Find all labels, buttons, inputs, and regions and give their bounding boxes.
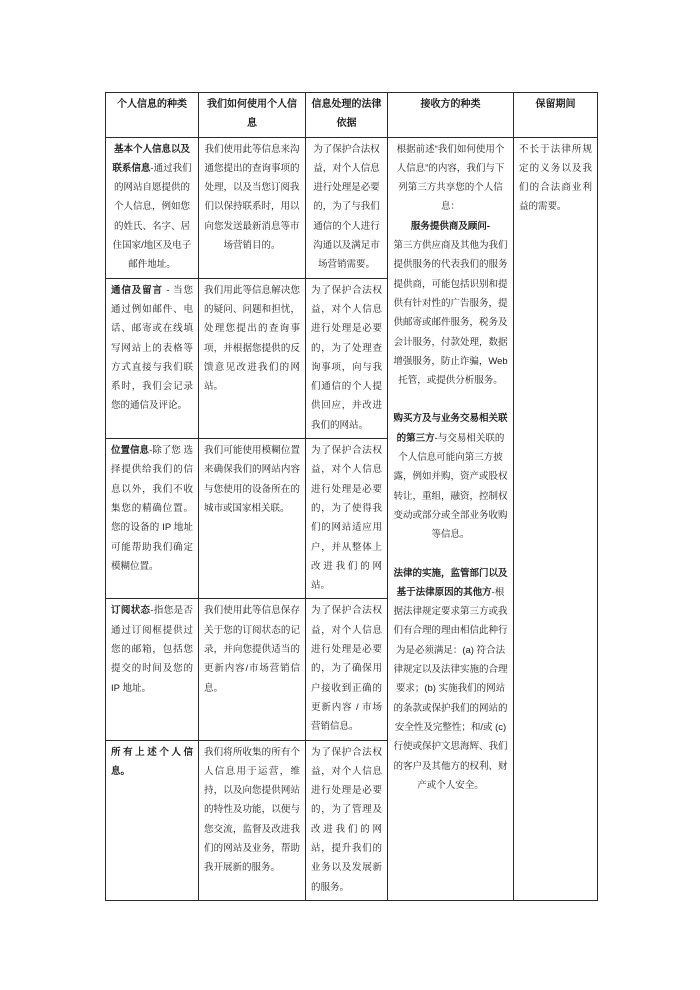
cell-type-subscription: 订阅状态-指您是否通过订阅框提供过您的邮箱，包括您提交的时间及您的 IP 地址。 [106, 599, 199, 740]
recipients-section-body: -与交易相关联的个人信息可能向第三方披露，例如并购，资产或股权转让，重组，融资，… [393, 433, 507, 540]
cell-type-all-above: 所有上述个人信息。 [106, 740, 199, 900]
col-header-info-type: 个人信息的种类 [106, 93, 199, 138]
document-page: 个人信息的种类 我们如何使用个人信息 信息处理的法律依据 接收方的种类 保留期间… [0, 0, 700, 990]
info-type-term: 订阅状态 [111, 605, 150, 616]
cell-usage-communications: 我们用此等信息解决您的疑问、问题和担忧，处理您提出的查询事项，并根据您提供的反馈… [199, 278, 306, 438]
recipients-section-body: 第三方供应商及其他为我们提供服务的代表我们的服务提供商，可能包括识别和提供有针对… [393, 240, 507, 386]
cell-usage-subscription: 我们使用此等信息保存关于您的订阅状态的记录，并向您提供适当的更新内容/市场营销信… [199, 599, 306, 740]
cell-usage-location: 我们可能使用模糊位置来确保我们的网站内容与您使用的设备所在的城市或国家相关联。 [199, 439, 306, 599]
cell-type-communications: 通信及留言 - 当您通过例如邮件、电话、邮寄或在线填写网站上的表格等方式直接与我… [106, 278, 199, 438]
info-type-description: -指您是否通过订阅框提供过您的邮箱，包括您提交的时间及您的 IP 地址。 [111, 605, 193, 693]
recipients-section-title: 服务提供商及顾问- [393, 217, 508, 236]
col-header-legal-basis: 信息处理的法律依据 [306, 93, 388, 138]
recipients-section-law-enforcement: 法律的实施，监管部门以及基于法律原因的其他方-根据法律规定要求第三方或我们有合理… [393, 564, 508, 796]
info-type-term: 通信及留言 [111, 285, 163, 296]
col-header-retention: 保留期间 [514, 93, 598, 138]
cell-usage-basic-info: 我们使用此等信息来沟通您提出的查询事项的处理，以及当您订阅我们以保持联系时，用以… [199, 137, 306, 278]
cell-recipients: 根据前述“我们如何使用个人信息”的内容，我们与下列第三方共享您的个人信息： 服务… [388, 137, 514, 900]
col-header-usage: 我们如何使用个人信息 [199, 93, 306, 138]
recipients-section-buyers: 购买方及与业务交易相关联的第三方-与交易相关联的个人信息可能向第三方披露，例如并… [393, 409, 508, 544]
header-row: 个人信息的种类 我们如何使用个人信息 信息处理的法律依据 接收方的种类 保留期间 [106, 93, 598, 138]
recipients-section-title: 法律的实施，监管部门以及基于法律原因的其他方 [393, 568, 507, 598]
cell-legal-subscription: 为了保护合法权益，对个人信息进行处理是必要的，为了确保用户接收到正确的更新内容 … [306, 599, 388, 740]
cell-legal-location: 为了保护合法权益，对个人信息进行处理是必要的，为了使得我们的网站适应用户，并从整… [306, 439, 388, 599]
privacy-table: 个人信息的种类 我们如何使用个人信息 信息处理的法律依据 接收方的种类 保留期间… [105, 92, 598, 901]
cell-legal-all-above: 为了保护合法权益，对个人信息进行处理是必要的，为了管理及改进我们的网站，提升我们… [306, 740, 388, 900]
table-row: 基本个人信息以及联系信息-通过我们的网站自愿提供的个人信息，例如您的姓氏、名字、… [106, 137, 598, 278]
cell-legal-communications: 为了保护合法权益，对个人信息进行处理是必要的，为了处理查询事项，向与我们通信的个… [306, 278, 388, 438]
cell-type-location: 位置信息-除了您 选择提供给我们的信息以外，我们不收集您的精确位置。您的设备的 … [106, 439, 199, 599]
info-type-description: -除了您 选择提供给我们的信息以外，我们不收集您的精确位置。您的设备的 IP 地… [111, 445, 193, 572]
info-type-term: 所有上述个人信息。 [111, 747, 193, 777]
cell-legal-basic-info: 为了保护合法权益，对个人信息进行处理是必要的，为了与我们通信的个人进行沟通以及满… [306, 137, 388, 278]
col-header-recipients: 接收方的种类 [388, 93, 514, 138]
recipients-intro: 根据前述“我们如何使用个人信息”的内容，我们与下列第三方共享您的个人信息： [393, 140, 508, 217]
recipients-section-service-providers: 服务提供商及顾问-第三方供应商及其他为我们提供服务的代表我们的服务提供商，可能包… [393, 217, 508, 391]
info-type-term: 位置信息 [111, 445, 149, 456]
recipients-section-body: -根据法律规定要求第三方或我们有合理的理由相信此种行为是必须满足：(a) 符合法… [393, 587, 507, 791]
info-type-description: -通过我们的网站自愿提供的个人信息，例如您的姓氏、名字、居住国家/地区及电子邮件… [113, 163, 192, 270]
cell-type-basic-info: 基本个人信息以及联系信息-通过我们的网站自愿提供的个人信息，例如您的姓氏、名字、… [106, 137, 199, 278]
cell-usage-all-above: 我们将所收集的所有个人信息用于运营，维持，以及向您提供网站的特性及功能，以便与您… [199, 740, 306, 900]
info-type-description: - 当您通过例如邮件、电话、邮寄或在线填写网站上的表格等方式直接与我们联系时，我… [111, 285, 193, 412]
cell-retention-period: 不长于法律所规定的义务以及我们的合法商业利益的需要。 [514, 137, 598, 900]
